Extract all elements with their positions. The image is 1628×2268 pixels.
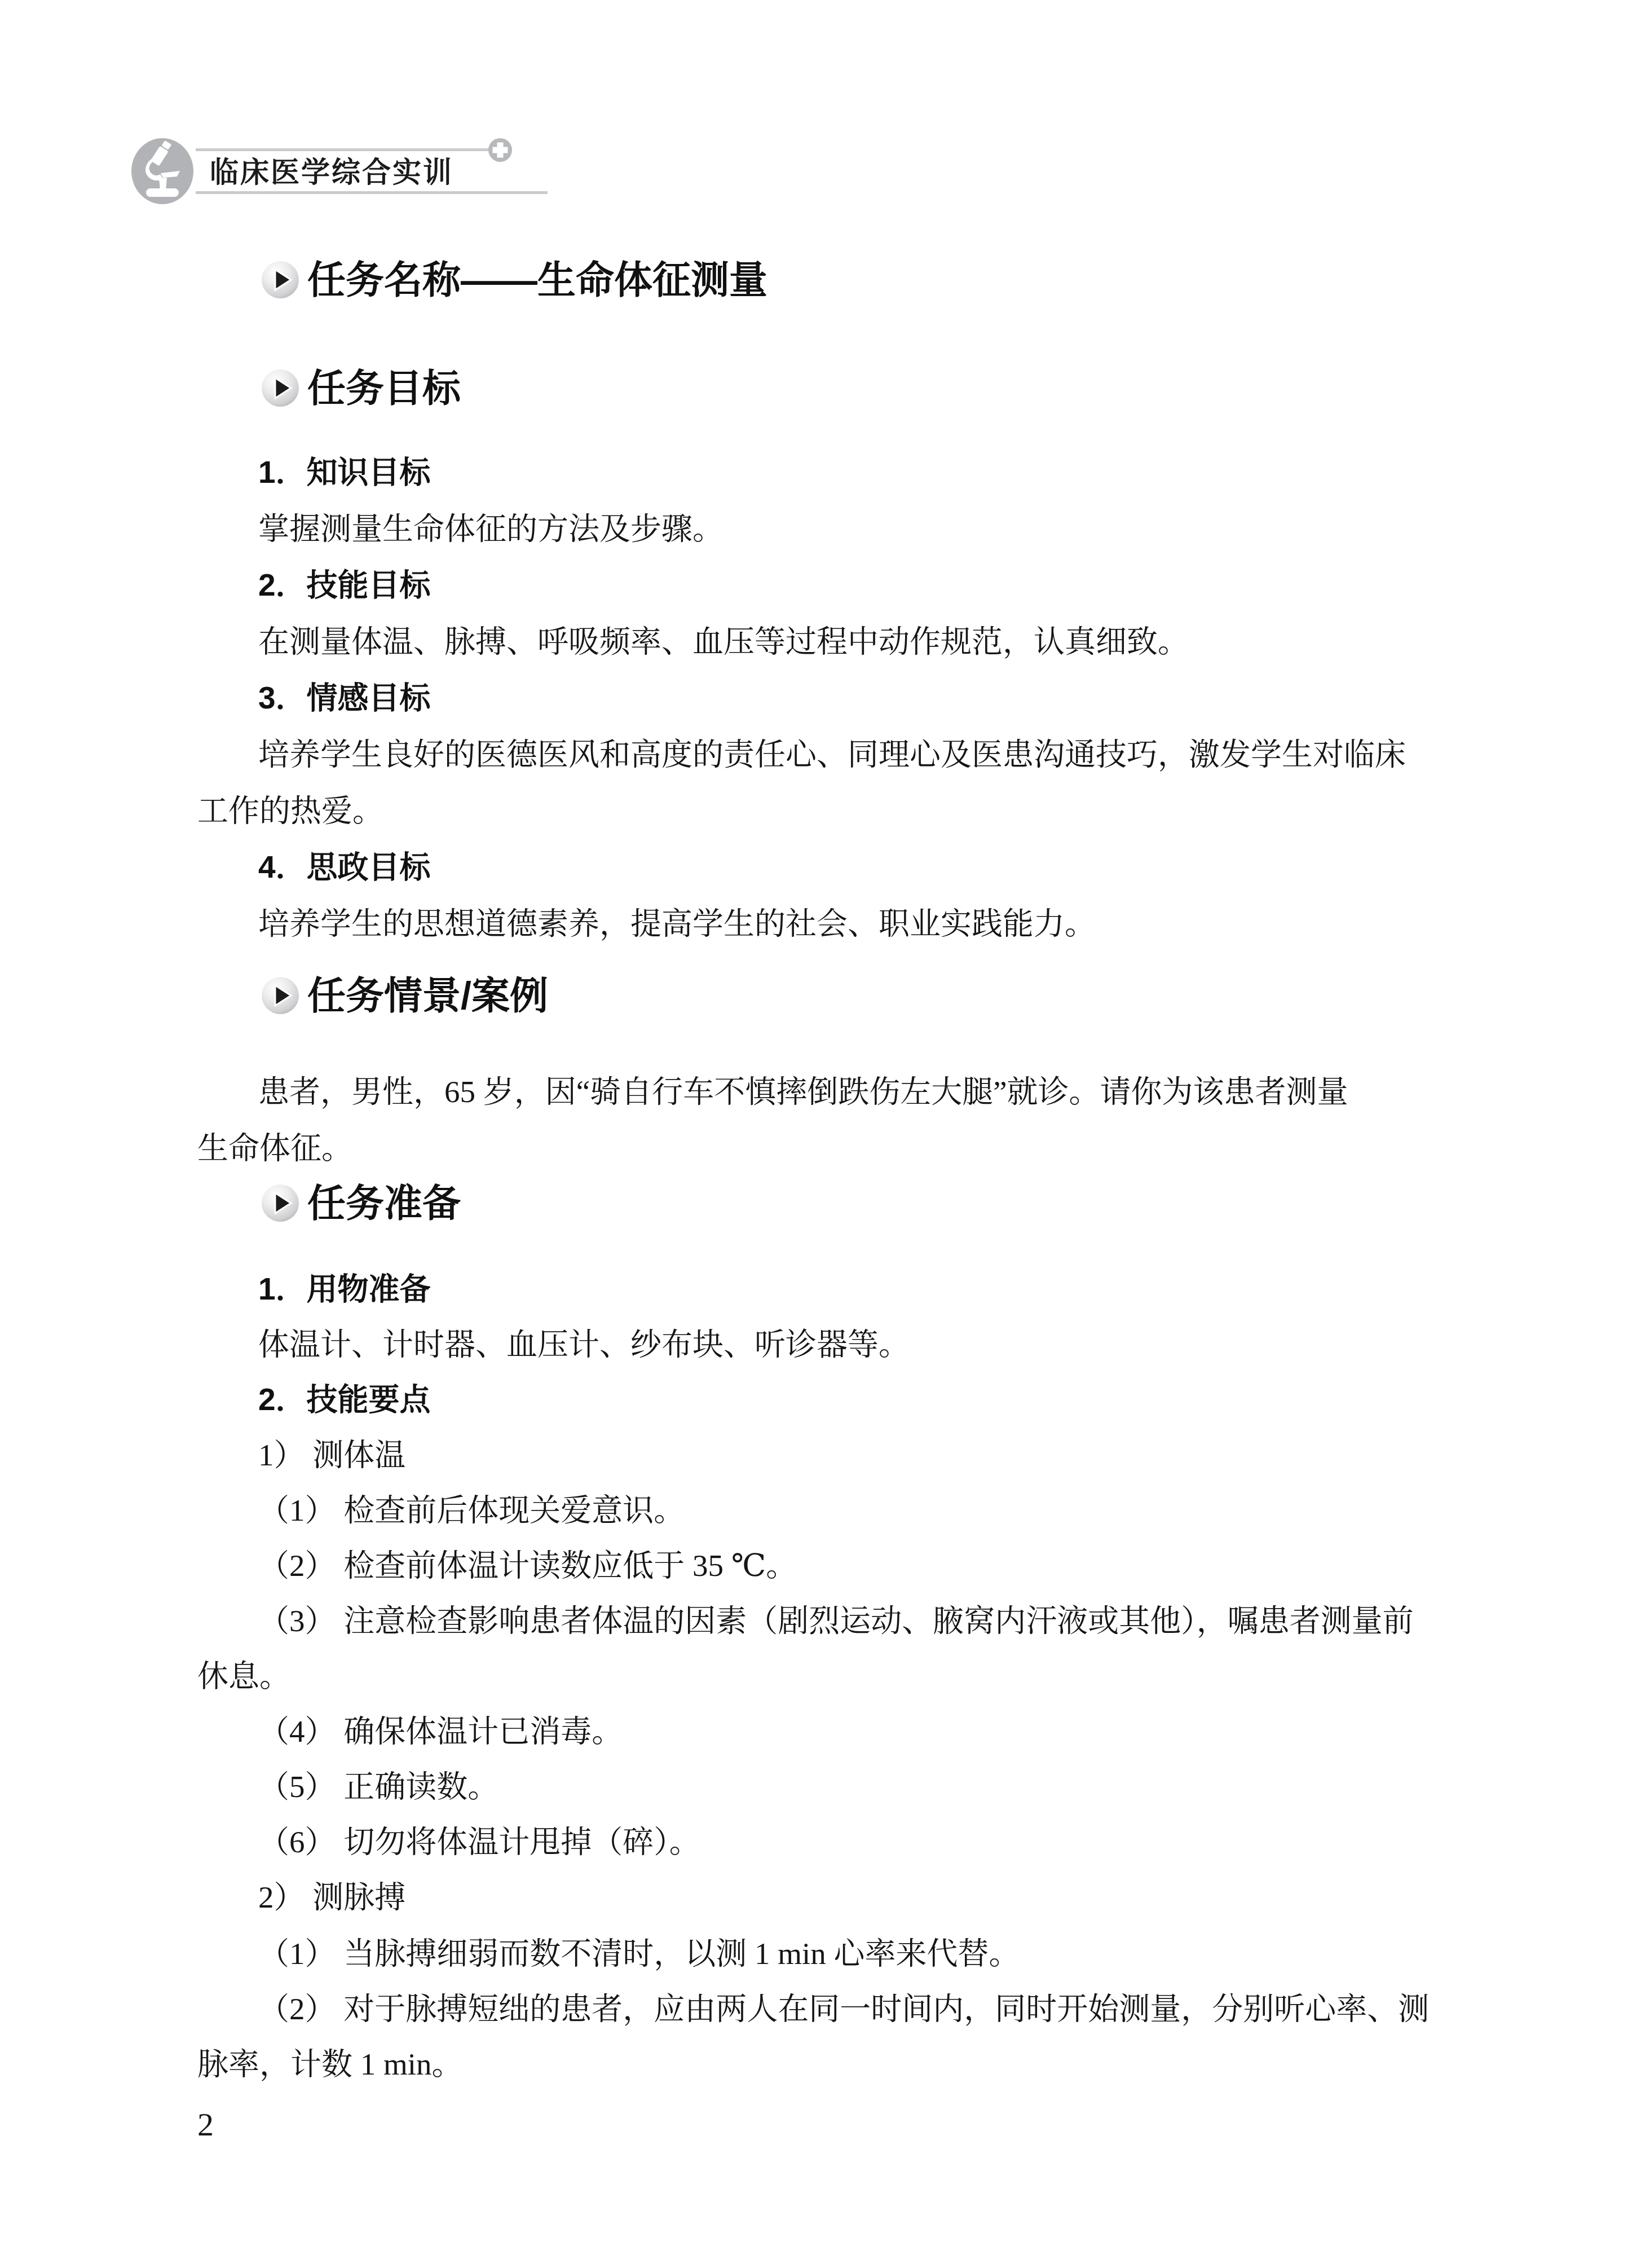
page-number: 2: [197, 2108, 214, 2141]
play-bullet-icon: [262, 1184, 299, 1222]
pulse-point1: （1） 当脉搏细弱而数不清时，以测 1 min 心率来代替。: [258, 1938, 1020, 1969]
temperature-point6: （6） 切勿将体温计甩掉（碎）。: [258, 1826, 700, 1857]
emotion-goal-text-line2: 工作的热爱。: [197, 795, 383, 826]
play-bullet-icon: [262, 261, 299, 298]
temperature-point2: （2） 检查前体温计读数应低于 35 ℃。: [258, 1550, 797, 1581]
temperature-point5: （5） 正确读数。: [258, 1771, 498, 1802]
temperature-point4: （4） 确保体温计已消毒。: [258, 1716, 623, 1747]
emotion-goal-text-line1: 培养学生良好的医德医风和高度的责任心、同理心及医患沟通技巧，激发学生对临床: [258, 739, 1406, 770]
temperature-point1: （1） 检查前后体现关爱意识。: [258, 1495, 685, 1526]
ideology-goal-heading: 4．思政目标: [258, 852, 431, 883]
pulse-heading: 2） 测脉搏: [258, 1882, 405, 1913]
ideology-goal-text: 培养学生的思想道德素养，提高学生的社会、职业实践能力。: [258, 908, 1096, 939]
play-bullet-icon: [262, 369, 299, 407]
header-rule-bottom: [196, 191, 548, 194]
microscope-icon: [131, 138, 193, 204]
supplies-text: 体温计、计时器、血压计、纱布块、听诊器等。: [258, 1329, 910, 1360]
header-rule-top: [196, 148, 488, 151]
skill-goal-text: 在测量体温、脉搏、呼吸频率、血压等过程中动作规范，认真细致。: [258, 626, 1189, 657]
temperature-heading: 1） 测体温: [258, 1439, 405, 1470]
medical-cross-icon: [488, 138, 512, 162]
scenario-heading: 任务情景/案例: [307, 977, 548, 1015]
skills-heading: 2．技能要点: [258, 1384, 431, 1415]
task-name-heading: 任务名称——生命体征测量: [307, 261, 767, 300]
pulse-point2-line1: （2） 对于脉搏短绌的患者，应由两人在同一时间内，同时开始测量，分别听心率、测: [258, 1993, 1429, 2024]
temperature-point3-line2: 休息。: [197, 1661, 290, 1692]
scenario-text-line1: 患者，男性，65 岁，因“骑自行车不慎摔倒跌伤左大腿”就诊。请你为该患者测量: [258, 1076, 1348, 1107]
pulse-point2-line2: 脉率，计数 1 min。: [197, 2049, 463, 2080]
preparation-heading: 任务准备: [307, 1184, 461, 1223]
emotion-goal-heading: 3．情感目标: [258, 682, 431, 714]
scenario-text-line2: 生命体征。: [197, 1133, 352, 1164]
book-title: 临床医学综合实训: [210, 158, 453, 187]
temperature-point3-line1: （3） 注意检查影响患者体温的因素（剧烈运动、腋窝内汗液或其他），嘱患者测量前: [258, 1605, 1414, 1636]
goals-heading: 任务目标: [307, 369, 461, 408]
knowledge-goal-heading: 1．知识目标: [258, 457, 431, 488]
skill-goal-heading: 2．技能目标: [258, 570, 431, 601]
knowledge-goal-text: 掌握测量生命体征的方法及步骤。: [258, 513, 723, 544]
play-bullet-icon: [262, 977, 299, 1014]
textbook-page: { "header": { "title": "临床医学综合实训" }, "ta…: [0, 0, 1628, 2268]
supplies-heading: 1．用物准备: [258, 1274, 431, 1305]
